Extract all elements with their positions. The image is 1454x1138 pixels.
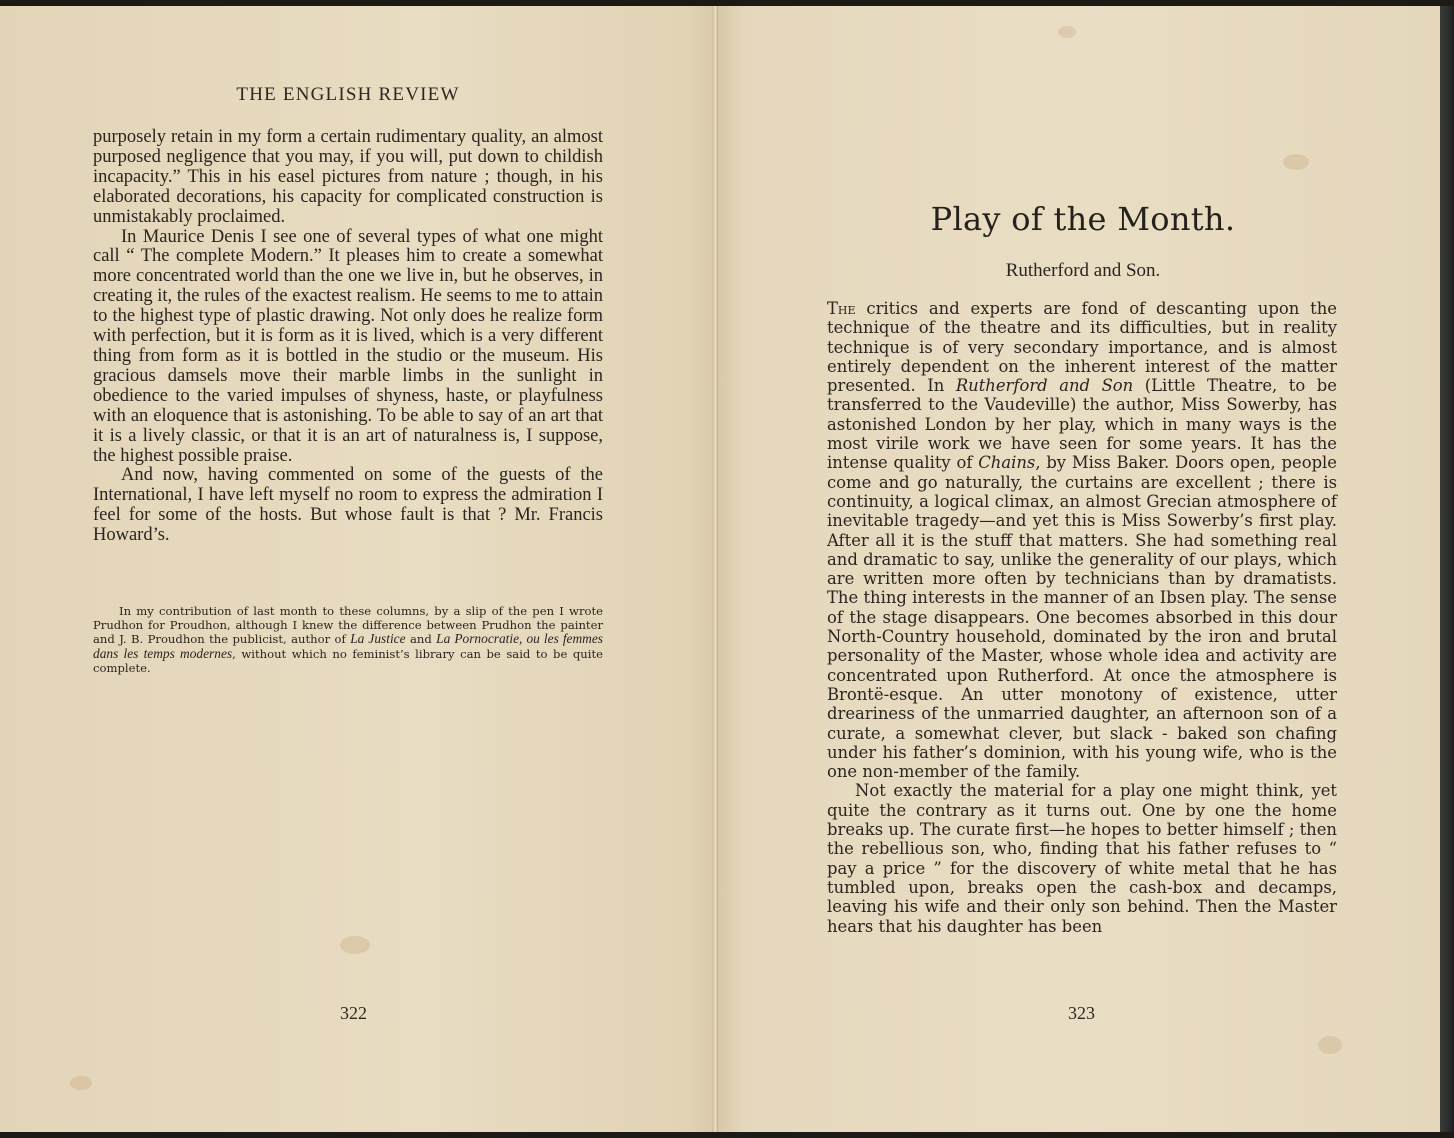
paragraph: And now, having commented on some of the… bbox=[93, 466, 603, 546]
footnote: In my contribution of last month to thes… bbox=[93, 604, 603, 675]
article-title: Play of the Month. bbox=[828, 200, 1338, 238]
right-page-body: The critics and experts are fond of desc… bbox=[827, 299, 1337, 936]
paper-stain bbox=[340, 936, 370, 954]
paper-stain bbox=[1283, 154, 1309, 170]
article-subtitle: Rutherford and Son. bbox=[828, 260, 1338, 282]
paragraph: In Maurice Denis I see one of several ty… bbox=[93, 228, 603, 467]
footnote-title: La Justice bbox=[350, 631, 405, 646]
paper-stain bbox=[1318, 1036, 1342, 1054]
play-title: Chains bbox=[978, 453, 1035, 472]
play-title: Rutherford and Son bbox=[956, 376, 1133, 395]
page-number-left: 322 bbox=[340, 1003, 367, 1024]
paper-stain bbox=[1058, 26, 1076, 38]
book-cover-edge bbox=[1440, 6, 1454, 1132]
left-page-body: purposely retain in my form a certain ru… bbox=[93, 128, 603, 546]
page-number-right: 323 bbox=[1068, 1003, 1095, 1024]
paragraph-text: , by Miss Baker. Doors open, people come… bbox=[827, 453, 1337, 781]
paragraph: The critics and experts are fond of desc… bbox=[827, 299, 1337, 781]
paper-stain bbox=[70, 1076, 92, 1090]
paragraph: Not exactly the material for a play one … bbox=[827, 781, 1337, 935]
running-head: THE ENGLISH REVIEW bbox=[92, 84, 604, 106]
paragraph: purposely retain in my form a certain ru… bbox=[93, 128, 603, 228]
footnote-text: and bbox=[406, 632, 437, 646]
drop-lead-word: The bbox=[827, 299, 856, 318]
